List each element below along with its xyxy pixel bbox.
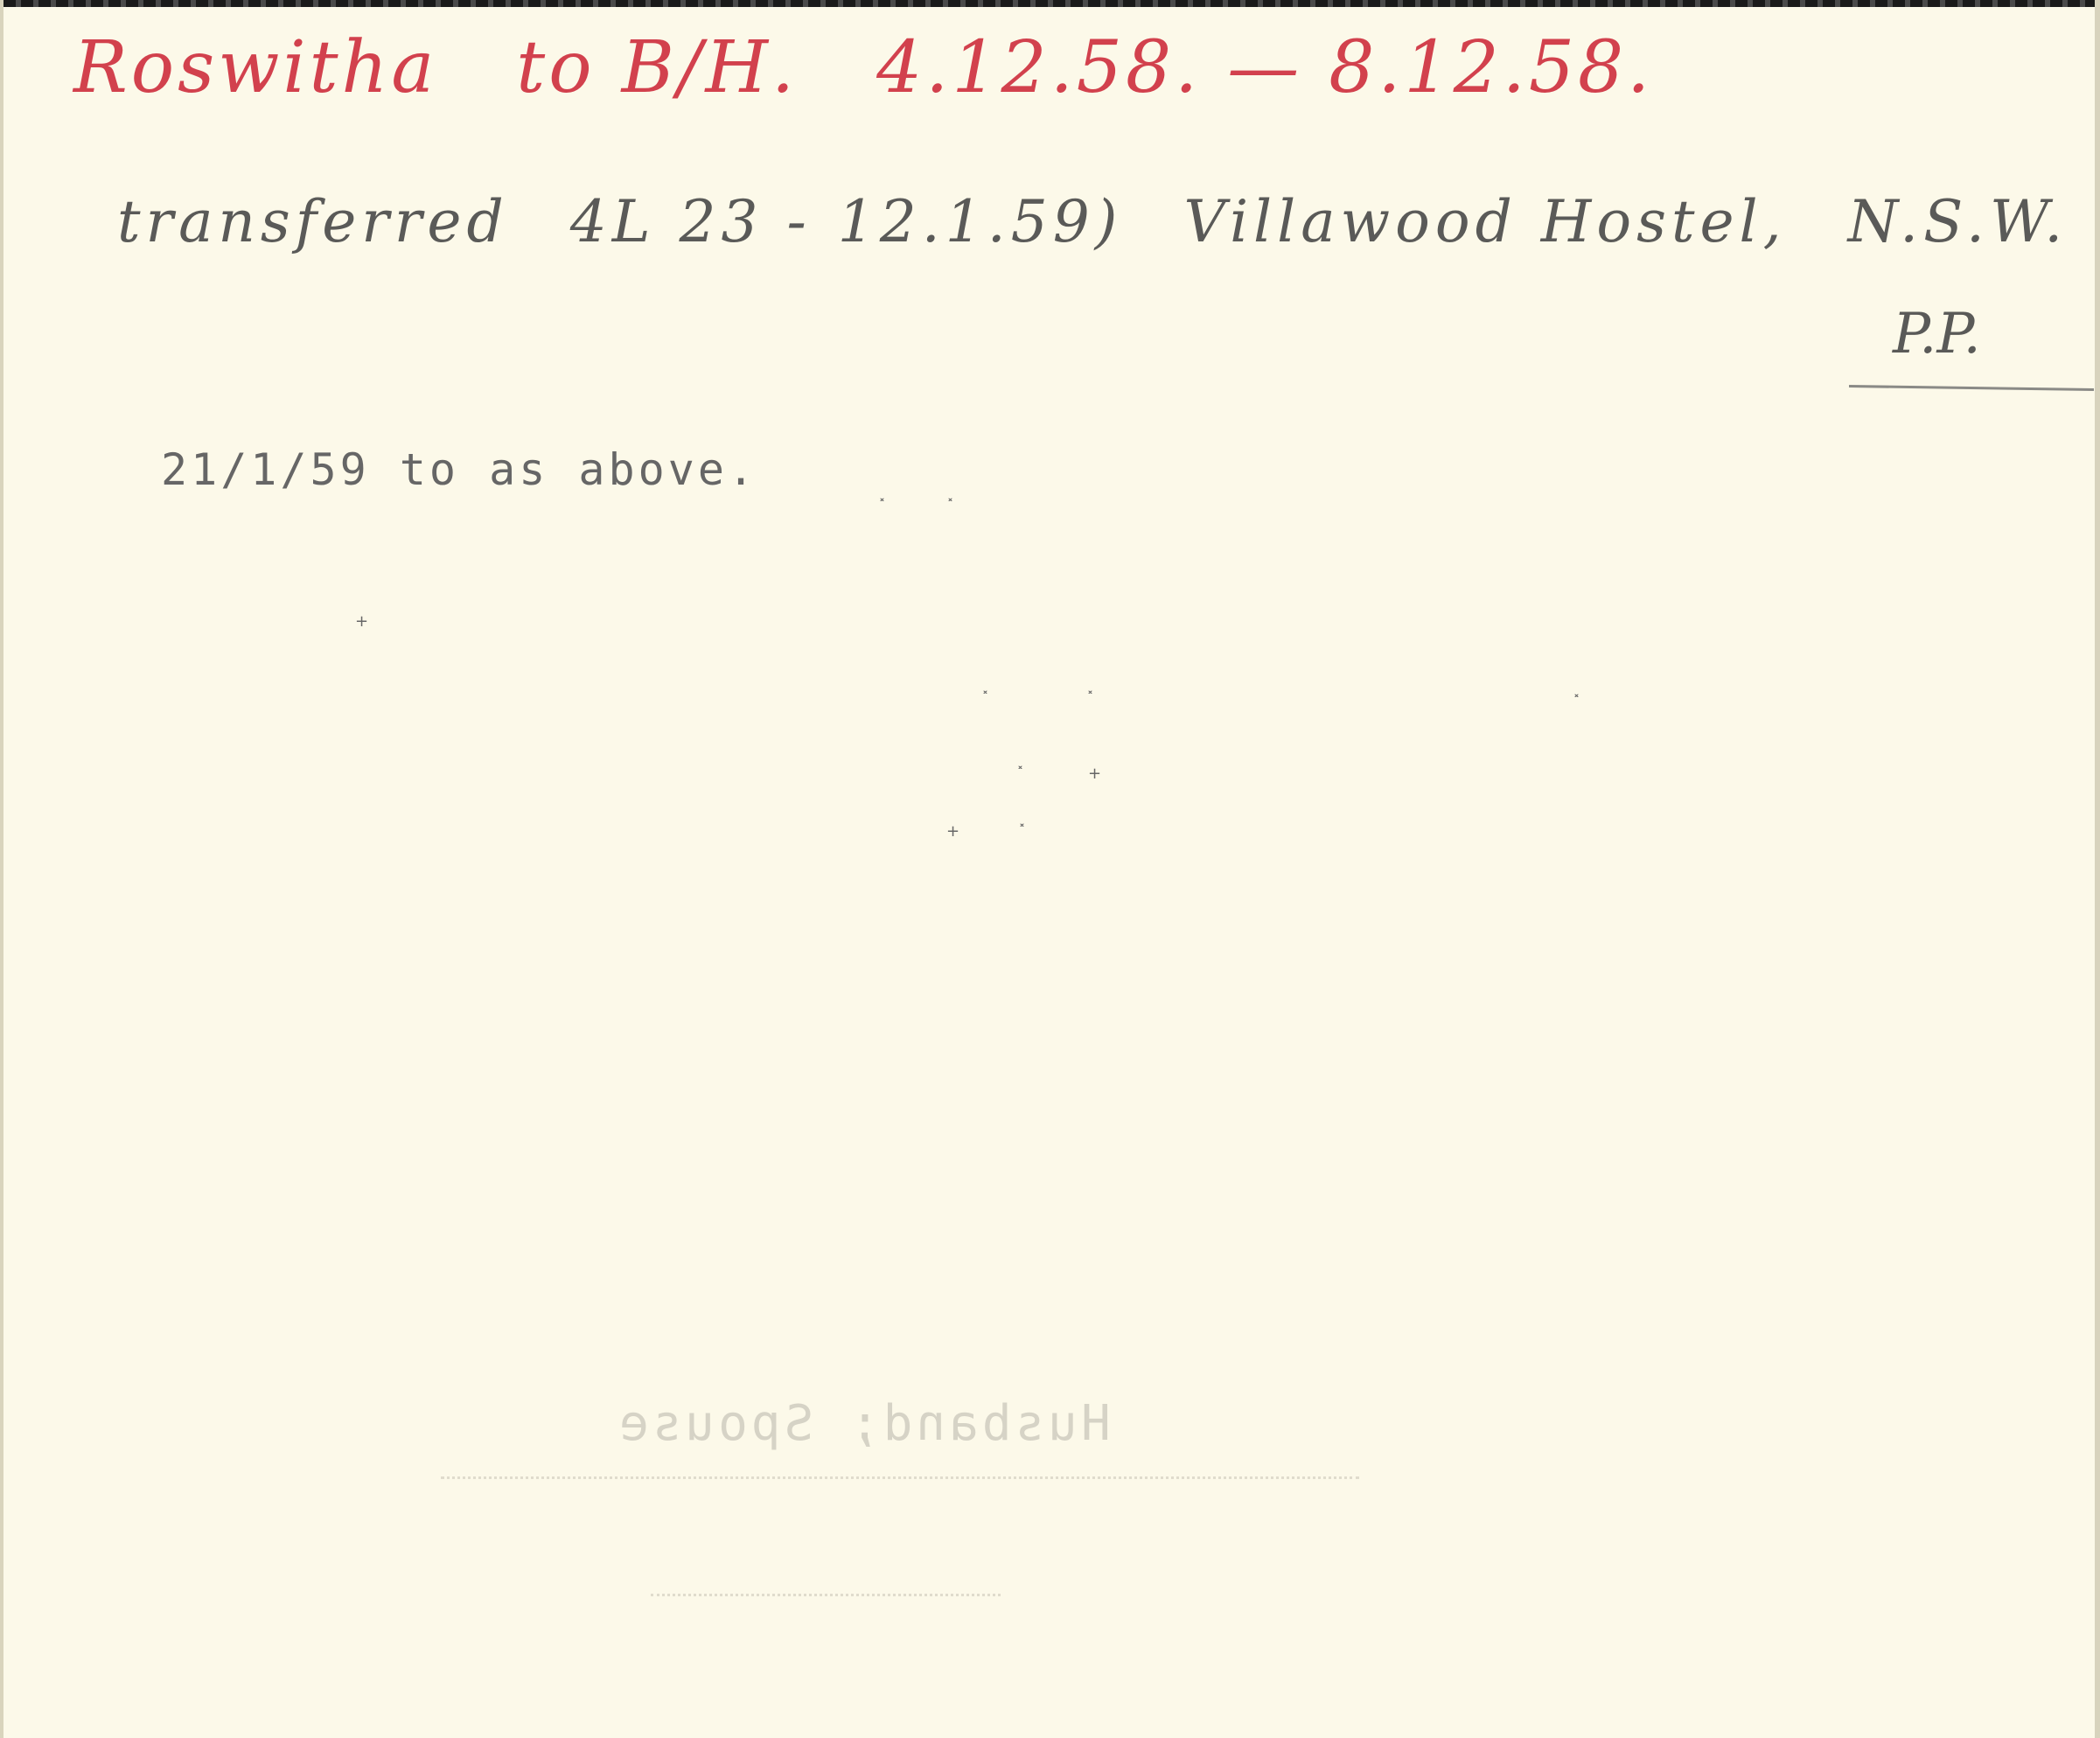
red-separator: — <box>1227 26 1302 109</box>
pencil-location: Villawood Hostel, <box>1183 188 1786 255</box>
speck-mark: ˟ <box>878 497 886 515</box>
speck-mark: ˟ <box>1573 693 1580 711</box>
bleed-dotted-line <box>441 1476 1359 1481</box>
speck-mark: ˟ <box>981 689 989 708</box>
pencil-state: N.S.W. <box>1848 188 2069 255</box>
bleed-through-text: Husband; Spouse <box>616 1395 1111 1452</box>
speck-mark: + <box>946 822 959 841</box>
pencil-action: transferred <box>117 188 509 255</box>
speck-mark: ˟ <box>1086 689 1094 708</box>
speck-mark: + <box>355 612 368 631</box>
speck-mark: + <box>1088 764 1101 783</box>
record-card: Roswithato B/H.4.12.58.—8.12.58. transfe… <box>0 0 2100 1738</box>
red-date-to: 8.12.58. <box>1329 26 1653 109</box>
pencil-date: 12.1.59) <box>838 188 1123 255</box>
speck-mark: ˟ <box>1016 764 1024 783</box>
red-destination: to B/H. <box>516 26 798 109</box>
pencil-handwritten-annotation: transferred4L 23 -12.1.59)Villawood Host… <box>117 188 2100 255</box>
typed-entry: 21/1/59 to as above. <box>161 444 757 495</box>
signature-rule <box>1849 385 2094 391</box>
red-date-from: 4.12.58. <box>876 26 1201 109</box>
red-name: Roswitha <box>73 26 437 109</box>
card-right-edge <box>2095 0 2100 1738</box>
card-top-edge <box>3 0 2100 7</box>
pencil-initials: P.P. <box>1893 302 1981 366</box>
pencil-ref: 4L 23 - <box>570 188 812 255</box>
bleed-dotted-line <box>651 1594 1001 1598</box>
speck-mark: ˟ <box>1018 822 1026 841</box>
red-handwritten-annotation: Roswithato B/H.4.12.58.—8.12.58. <box>73 26 1732 109</box>
speck-mark: ˟ <box>946 497 954 515</box>
